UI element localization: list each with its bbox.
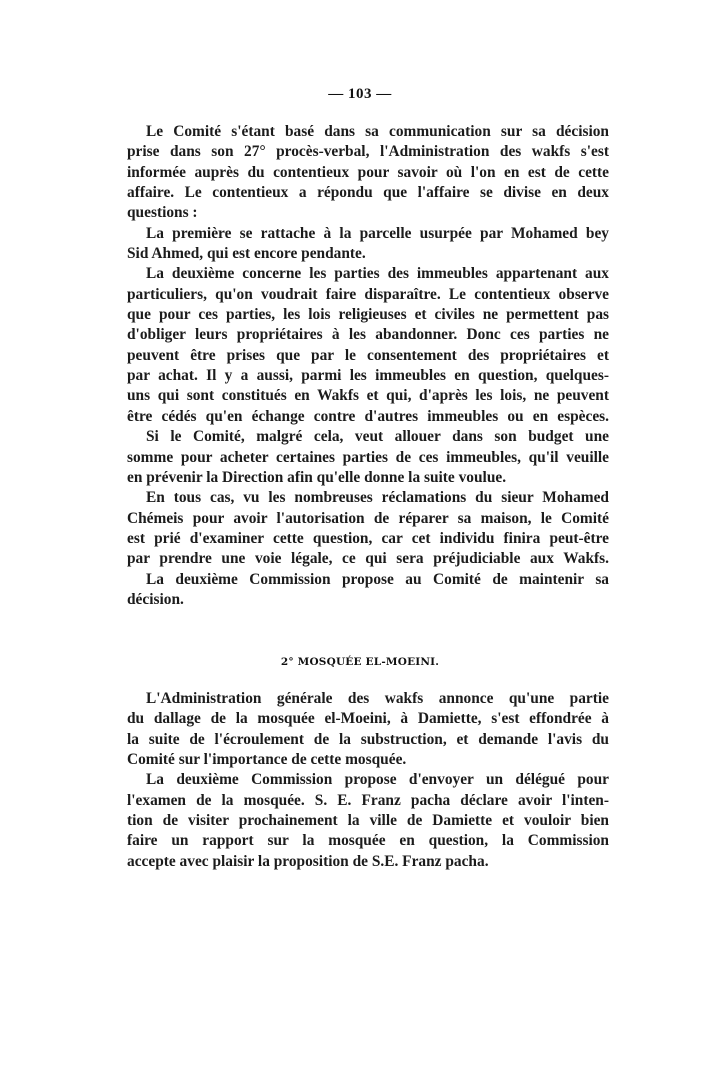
page-number: — 103 — (0, 86, 720, 103)
text-line: peuvent être prises que par le consentem… (127, 346, 609, 366)
text-line: La deuxième Commission propose au Comité… (127, 570, 609, 590)
text-line: que pour ces parties, les lois religieus… (127, 305, 609, 325)
text-line: tion de visiter prochainement la ville d… (127, 811, 609, 831)
text-line: particuliers, qu'on voudrait faire dispa… (127, 285, 609, 305)
text-line: d'obliger leurs propriétaires à les aban… (127, 325, 609, 345)
text-line: en prévenir la Direction afin qu'elle do… (127, 468, 609, 488)
text-line: L'Administration générale des wakfs anno… (127, 689, 609, 709)
text-line: est prié d'examiner cette question, car … (127, 529, 609, 549)
text-line: La première se rattache à la parcelle us… (127, 224, 609, 244)
text-line: La deuxième concerne les parties des imm… (127, 264, 609, 284)
section-heading: 2° MOSQUÉE EL-MOEINI. (0, 656, 720, 668)
text-line: par achat. Il y a aussi, parmi les immeu… (127, 366, 609, 386)
text-line: somme pour acheter certaines parties de … (127, 448, 609, 468)
text-line: Comité sur l'importance de cette mosquée… (127, 750, 609, 770)
text-line: informée auprès du contentieux pour savo… (127, 163, 609, 183)
text-line: La deuxième Commission propose d'envoyer… (127, 770, 609, 790)
section-two-body: L'Administration générale des wakfs anno… (127, 689, 609, 872)
text-line: par prendre une voie légale, ce qui sera… (127, 549, 609, 569)
text-line: En tous cas, vu les nombreuses réclamati… (127, 488, 609, 508)
text-line: Le Comité s'étant basé dans sa communica… (127, 122, 609, 142)
text-line: décision. (127, 590, 609, 610)
text-line: l'examen de la mosquée. S. E. Franz pach… (127, 791, 609, 811)
text-line: prise dans son 27° procès-verbal, l'Admi… (127, 142, 609, 162)
text-line: du dallage de la mosquée el-Moeini, à Da… (127, 709, 609, 729)
text-line: uns qui sont constitués en Wakfs et qui,… (127, 386, 609, 406)
text-line: la suite de l'écroulement de la substruc… (127, 730, 609, 750)
text-line: Si le Comité, malgré cela, veut allouer … (127, 427, 609, 447)
text-line: affaire. Le contentieux a répondu que l'… (127, 183, 609, 203)
text-line: questions : (127, 203, 609, 223)
text-line: faire un rapport sur la mosquée en quest… (127, 831, 609, 851)
document-page: — 103 — Le Comité s'étant basé dans sa c… (0, 0, 720, 1082)
text-line: accepte avec plaisir la proposition de S… (127, 852, 609, 872)
text-line: être cédés qu'en échange contre d'autres… (127, 407, 609, 427)
text-line: Chémeis pour avoir l'autorisation de rép… (127, 509, 609, 529)
section-one-body: Le Comité s'étant basé dans sa communica… (127, 122, 609, 610)
text-line: Sid Ahmed, qui est encore pendante. (127, 244, 609, 264)
